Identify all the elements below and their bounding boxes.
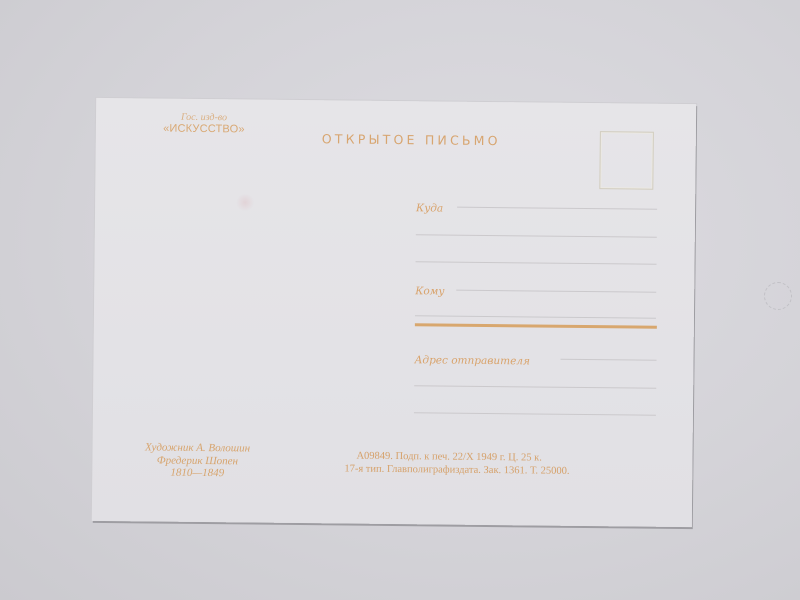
sender-line-3[interactable] xyxy=(414,412,656,416)
sender-label: Адрес отправителя xyxy=(414,354,530,367)
publisher-name: «ИСКУССТВО» xyxy=(144,122,264,135)
to-where-line-3[interactable] xyxy=(416,261,657,265)
stamp-box xyxy=(599,131,654,190)
subject-years: 1810—1849 xyxy=(112,466,282,480)
publisher-block: Гос. изд-во «ИСКУССТВО» xyxy=(144,111,264,135)
postcard-title: ОТКРЫТОЕ ПИСЬМО xyxy=(322,131,501,148)
to-whom-label: Кому xyxy=(415,285,444,297)
surface-mark xyxy=(764,282,792,310)
imprint-block: А09849. Подп. к печ. 22/X 1949 г. Ц. 25 … xyxy=(344,450,664,479)
faint-stain xyxy=(235,194,255,210)
artist-caption: Художник А. Волошин Фредерик Шопен 1810—… xyxy=(112,441,282,481)
sender-line-2[interactable] xyxy=(414,385,656,389)
address-divider xyxy=(415,323,657,329)
publisher-line1: Гос. изд-во xyxy=(144,111,264,123)
to-where-line-2[interactable] xyxy=(416,234,657,238)
postcard-back: Гос. изд-во «ИСКУССТВО» ОТКРЫТОЕ ПИСЬМО … xyxy=(92,98,696,527)
imprint-line2: 17-я тип. Главполиграфиздата. Зак. 1361.… xyxy=(344,463,664,479)
to-where-label: Куда xyxy=(416,202,443,214)
to-whom-line-2[interactable] xyxy=(415,315,656,319)
